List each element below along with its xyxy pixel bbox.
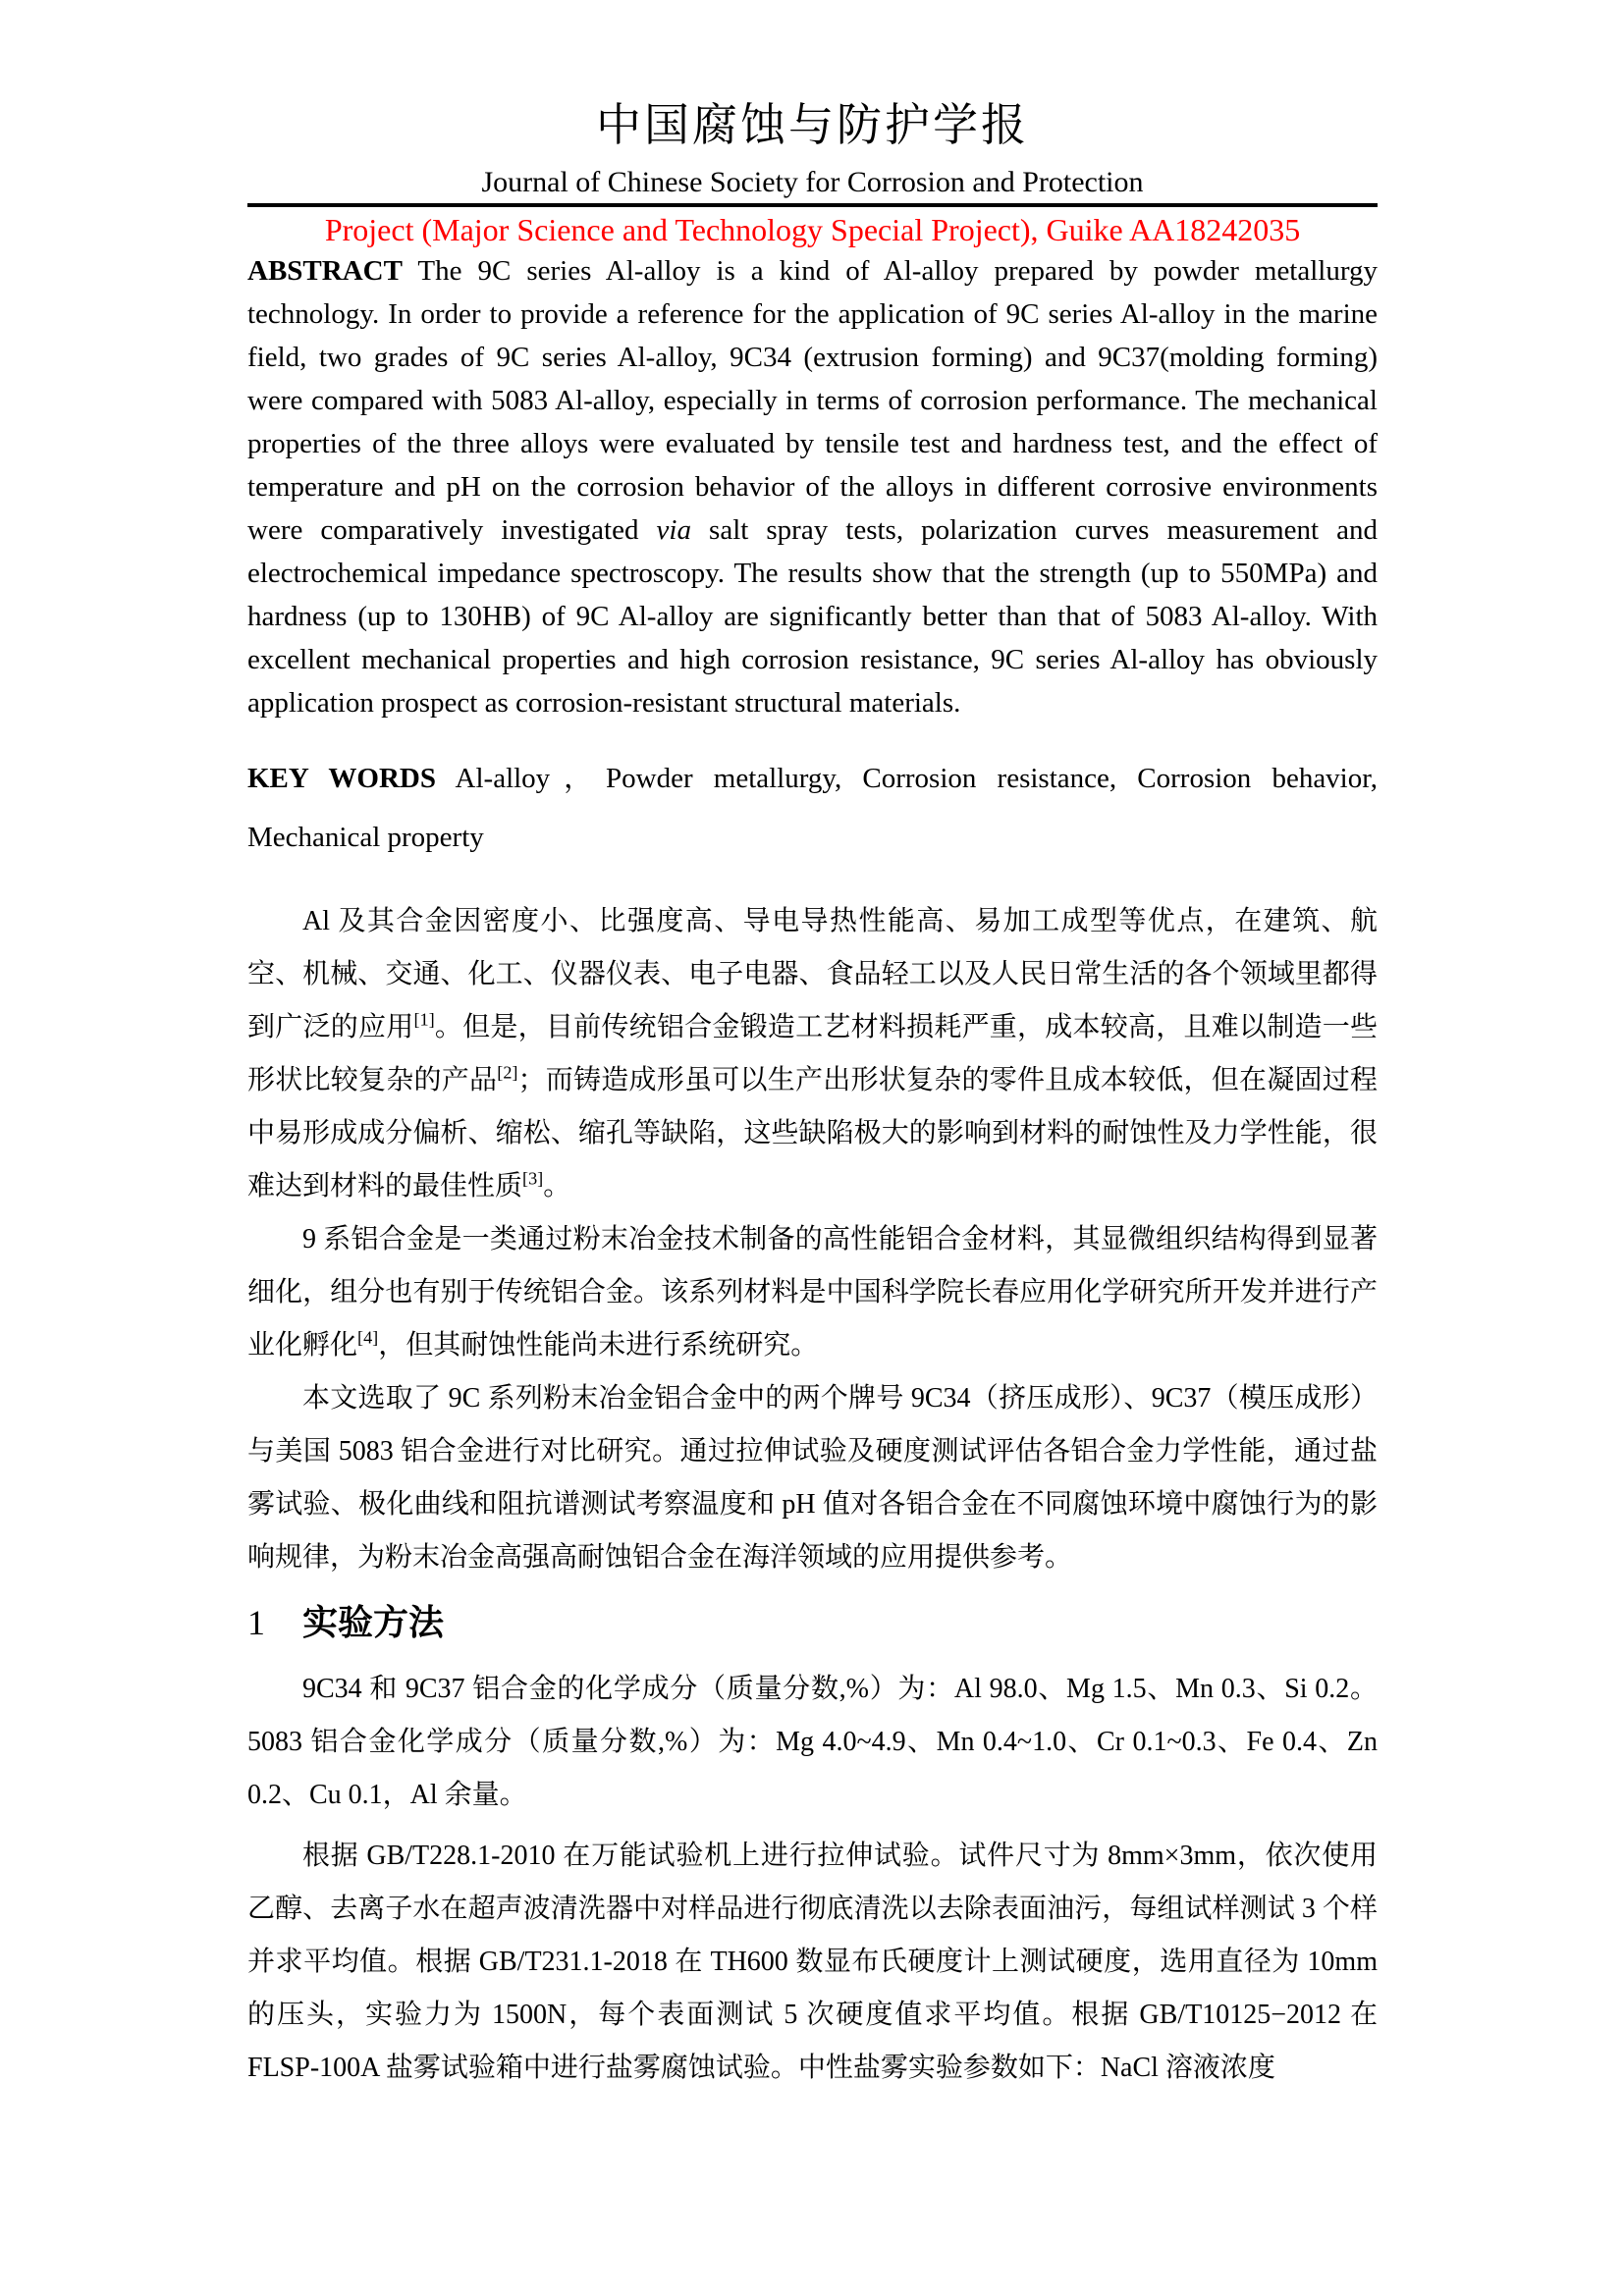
section-1-number: 1 <box>247 1601 265 1644</box>
intro-paragraph-2: 9 系铝合金是一类通过粉末冶金技术制备的高性能铝合金材料，其显微组织结构得到显著… <box>247 1213 1378 1372</box>
manuscript-page: 中国腐蚀与防护学报 Journal of Chinese Society for… <box>0 0 1623 2296</box>
abstract-label: ABSTRACT <box>247 255 403 287</box>
journal-title-english: Journal of Chinese Society for Corrosion… <box>247 165 1378 200</box>
intro-paragraph-3: 本文选取了 9C 系列粉末冶金铝合金中的两个牌号 9C34（挤压成形）、9C37… <box>247 1372 1378 1584</box>
introduction-section: Al 及其合金因密度小、比强度高、导电导热性能高、易加工成型等优点，在建筑、航空… <box>247 895 1378 1584</box>
section-1-title: 实验方法 <box>302 1602 444 1642</box>
intro-paragraph-1: Al 及其合金因密度小、比强度高、导电导热性能高、易加工成型等优点，在建筑、航空… <box>247 895 1378 1213</box>
abstract-paragraph: ABSTRACT The 9C series Al-alloy is a kin… <box>247 249 1378 724</box>
abstract-text-before-via: The 9C series Al-alloy is a kind of Al-a… <box>247 255 1378 546</box>
keywords-paragraph: KEY WORDS Al-alloy，Powder metallurgy, Co… <box>247 749 1378 867</box>
project-funding-line: Project (Major Science and Technology Sp… <box>247 210 1378 249</box>
section-1-heading: 1实验方法 <box>247 1601 1378 1644</box>
methods-paragraph-2: 根据 GB/T228.1-2010 在万能试验机上进行拉伸试验。试件尺寸为 8m… <box>247 1830 1378 2095</box>
abstract-via-word: via <box>657 514 691 546</box>
header-divider <box>247 203 1378 207</box>
methods-section: 9C34 和 9C37 铝合金的化学成分（质量分数,%）为：Al 98.0、Mg… <box>247 1663 1378 2095</box>
keywords-label: KEY WORDS <box>247 763 436 794</box>
journal-header: 中国腐蚀与防护学报 Journal of Chinese Society for… <box>247 98 1378 200</box>
methods-paragraph-1: 9C34 和 9C37 铝合金的化学成分（质量分数,%）为：Al 98.0、Mg… <box>247 1663 1378 1822</box>
journal-title-chinese: 中国腐蚀与防护学报 <box>247 98 1378 153</box>
